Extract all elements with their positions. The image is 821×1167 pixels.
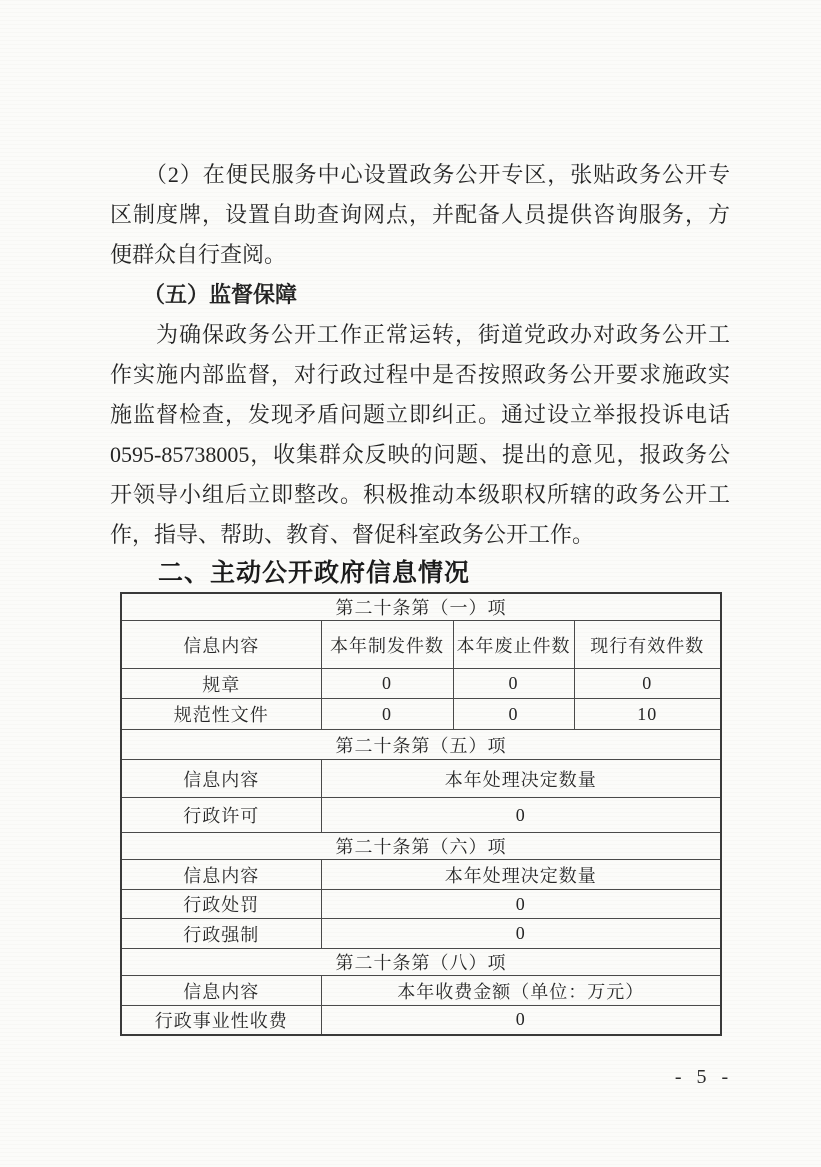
table-cell-value: 0 (321, 890, 721, 919)
paragraph-line: 施监督检查，发现矛盾问题立即纠正。通过设立举报投诉电话 (110, 395, 730, 435)
document-body: （2）在便民服务中心设置政务公开专区，张贴政务公开专区制度牌，设置自助查询网点，… (110, 155, 730, 1036)
table-section-header: 第二十条第（一）项 (121, 593, 721, 621)
table-col-value: 本年制发件数 (321, 621, 453, 669)
table-cell-value: 0 (321, 669, 453, 699)
table-col-label: 信息内容 (121, 976, 321, 1006)
paragraph-line: 作，指导、帮助、教育、督促科室政务公开工作。 (110, 515, 730, 555)
table-row: 行政强制0 (121, 919, 721, 949)
table-cell-label: 行政强制 (121, 919, 321, 949)
table-cell-value: 10 (574, 699, 721, 730)
table-row: 行政处罚0 (121, 890, 721, 919)
table-cell-value: 0 (321, 1006, 721, 1035)
table-section-header: 第二十条第（八）项 (121, 949, 721, 976)
paragraph-line: 0595-85738005，收集群众反映的问题、提出的意见，报政务公 (110, 435, 730, 475)
page-number: - 5 - (664, 1066, 744, 1089)
table-col-value: 现行有效件数 (574, 621, 721, 669)
table-col-label: 信息内容 (121, 860, 321, 890)
table-section-header-row: 第二十条第（一）项 (121, 593, 721, 621)
table-row: 行政许可0 (121, 798, 721, 833)
table-section-header: 第二十条第（五）项 (121, 730, 721, 760)
table-row: 规章000 (121, 669, 721, 699)
table-cell-value: 0 (321, 919, 721, 949)
table-section-header-row: 第二十条第（六）项 (121, 833, 721, 860)
paragraph-line: 开领导小组后立即整改。积极推动本级职权所辖的政务公开工 (110, 475, 730, 515)
table-col-value: 本年收费金额（单位：万元） (321, 976, 721, 1006)
table-col-label: 信息内容 (121, 760, 321, 798)
table-row: 规范性文件0010 (121, 699, 721, 730)
table-col-value: 本年废止件数 (453, 621, 574, 669)
table-section-header: 第二十条第（六）项 (121, 833, 721, 860)
paragraph-line: 为确保政务公开工作正常运转，街道党政办对政务公开工 (110, 315, 730, 355)
table-row: 行政事业性收费0 (121, 1006, 721, 1035)
table-column-header-row: 信息内容本年处理决定数量 (121, 760, 721, 798)
disclosure-table: 第二十条第（一）项信息内容本年制发件数本年废止件数现行有效件数规章000规范性文… (120, 592, 722, 1036)
table-column-header-row: 信息内容本年处理决定数量 (121, 860, 721, 890)
table-col-value: 本年处理决定数量 (321, 860, 721, 890)
table-section-header-row: 第二十条第（五）项 (121, 730, 721, 760)
table-cell-value: 0 (453, 699, 574, 730)
table-cell-label: 行政许可 (121, 798, 321, 833)
paragraph-line: 便群众自行查阅。 (110, 235, 730, 275)
table-col-value: 本年处理决定数量 (321, 760, 721, 798)
section-heading: 二、主动公开政府信息情况 (110, 555, 730, 592)
table-cell-label: 行政处罚 (121, 890, 321, 919)
table-cell-value: 0 (574, 669, 721, 699)
paragraph-line: （2）在便民服务中心设置政务公开专区，张贴政务公开专 (110, 155, 730, 195)
table-cell-label: 规范性文件 (121, 699, 321, 730)
sub-heading-line: （五）监督保障 (110, 275, 730, 315)
table-column-header-row: 信息内容本年收费金额（单位：万元） (121, 976, 721, 1006)
table-section-header-row: 第二十条第（八）项 (121, 949, 721, 976)
paragraphs: （2）在便民服务中心设置政务公开专区，张贴政务公开专区制度牌，设置自助查询网点，… (110, 155, 730, 555)
paragraph-line: 作实施内部监督，对行政过程中是否按照政务公开要求施政实 (110, 355, 730, 395)
table-cell-value: 0 (453, 669, 574, 699)
table-column-header-row: 信息内容本年制发件数本年废止件数现行有效件数 (121, 621, 721, 669)
table-col-label: 信息内容 (121, 621, 321, 669)
table-cell-value: 0 (321, 798, 721, 833)
document-page: （2）在便民服务中心设置政务公开专区，张贴政务公开专区制度牌，设置自助查询网点，… (0, 0, 821, 1167)
table-cell-label: 规章 (121, 669, 321, 699)
table-cell-value: 0 (321, 699, 453, 730)
paragraph-line: 区制度牌，设置自助查询网点，并配备人员提供咨询服务，方 (110, 195, 730, 235)
table-cell-label: 行政事业性收费 (121, 1006, 321, 1035)
